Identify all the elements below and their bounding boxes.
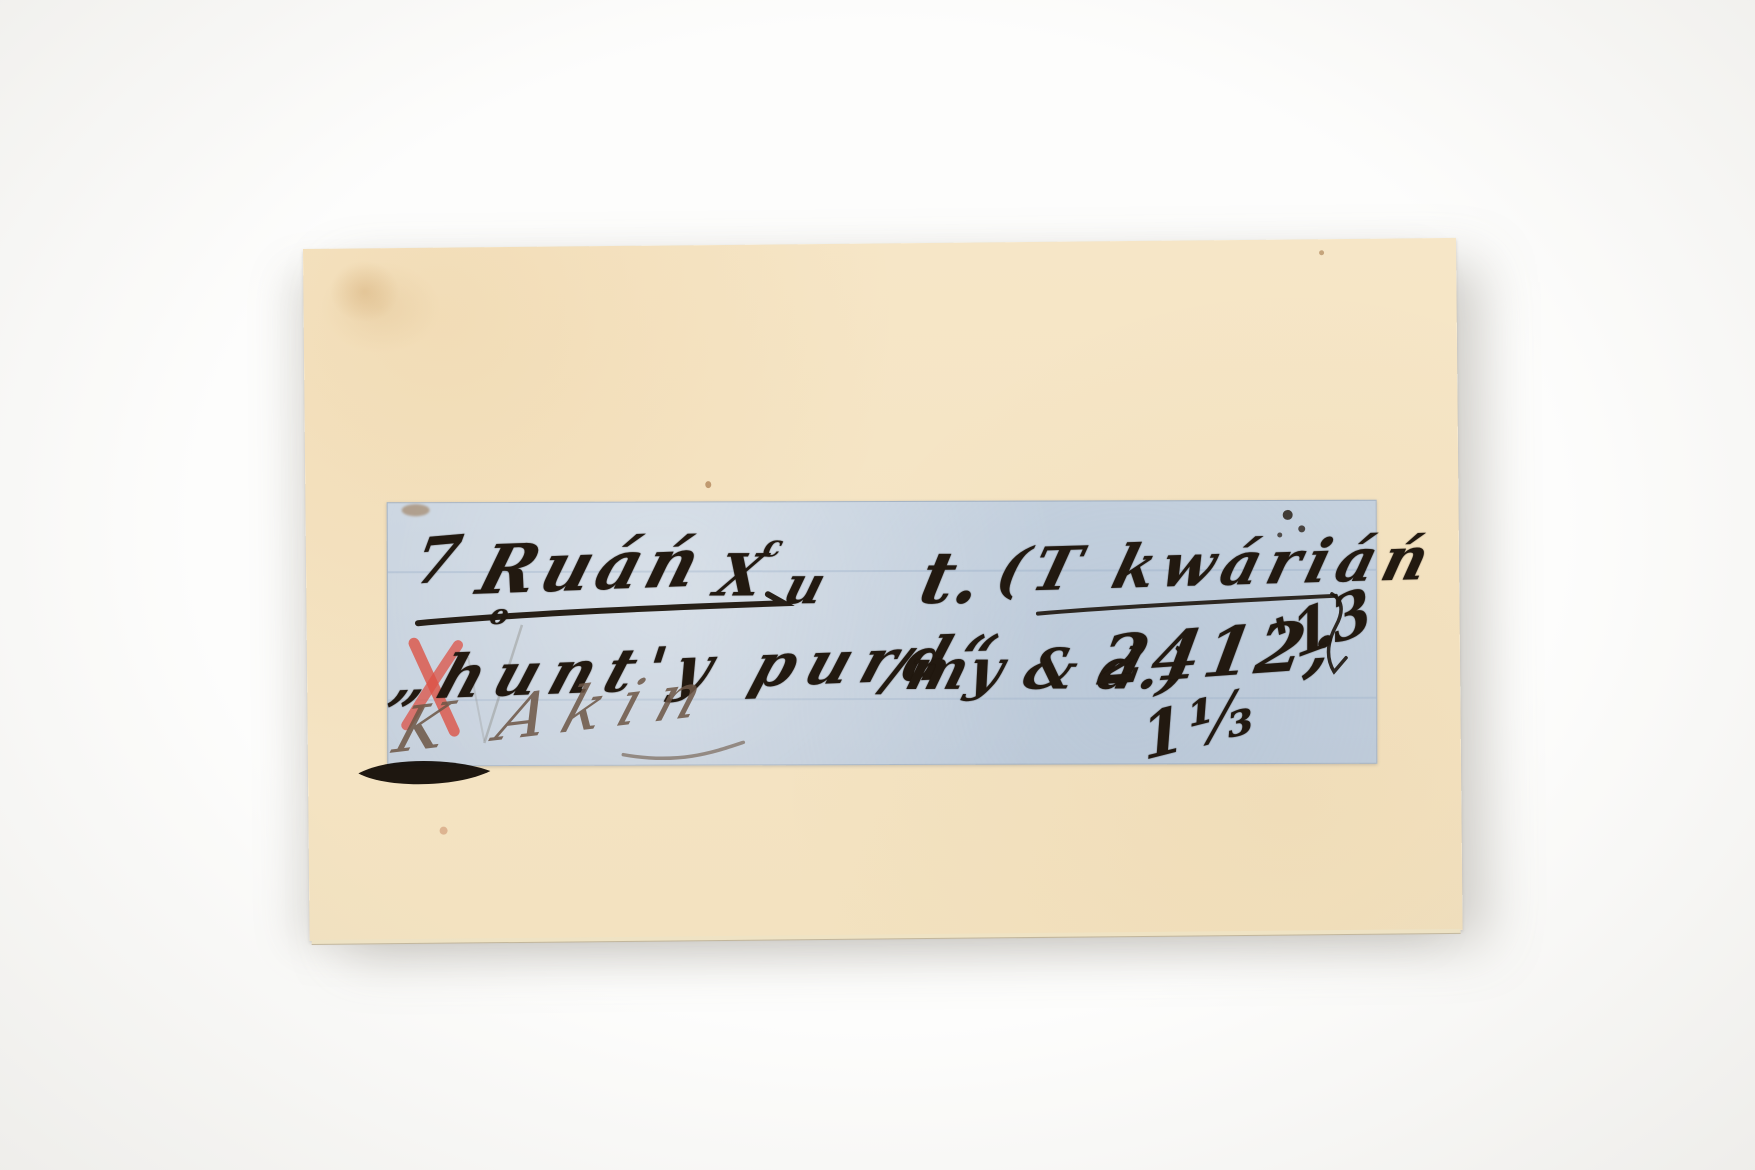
signature-flourish bbox=[623, 742, 743, 758]
label-slip: 7 Ruáń o X c u t. (T kwáriáń „hunt'y pur… bbox=[387, 500, 1378, 767]
photo-stage: 7 Ruáń o X c u t. (T kwáriáń „hunt'y pur… bbox=[0, 0, 1755, 1170]
ink-blot bbox=[1283, 510, 1293, 520]
handwriting-line1-word4: (T kwáriáń bbox=[991, 529, 1442, 601]
stain bbox=[318, 250, 411, 333]
card-bottom-edge bbox=[312, 929, 1461, 945]
stain-speck bbox=[1319, 250, 1324, 255]
handwriting-line1-word1: Ruáń bbox=[471, 529, 712, 605]
stain-speck bbox=[705, 481, 711, 488]
stain-speck bbox=[440, 827, 448, 835]
